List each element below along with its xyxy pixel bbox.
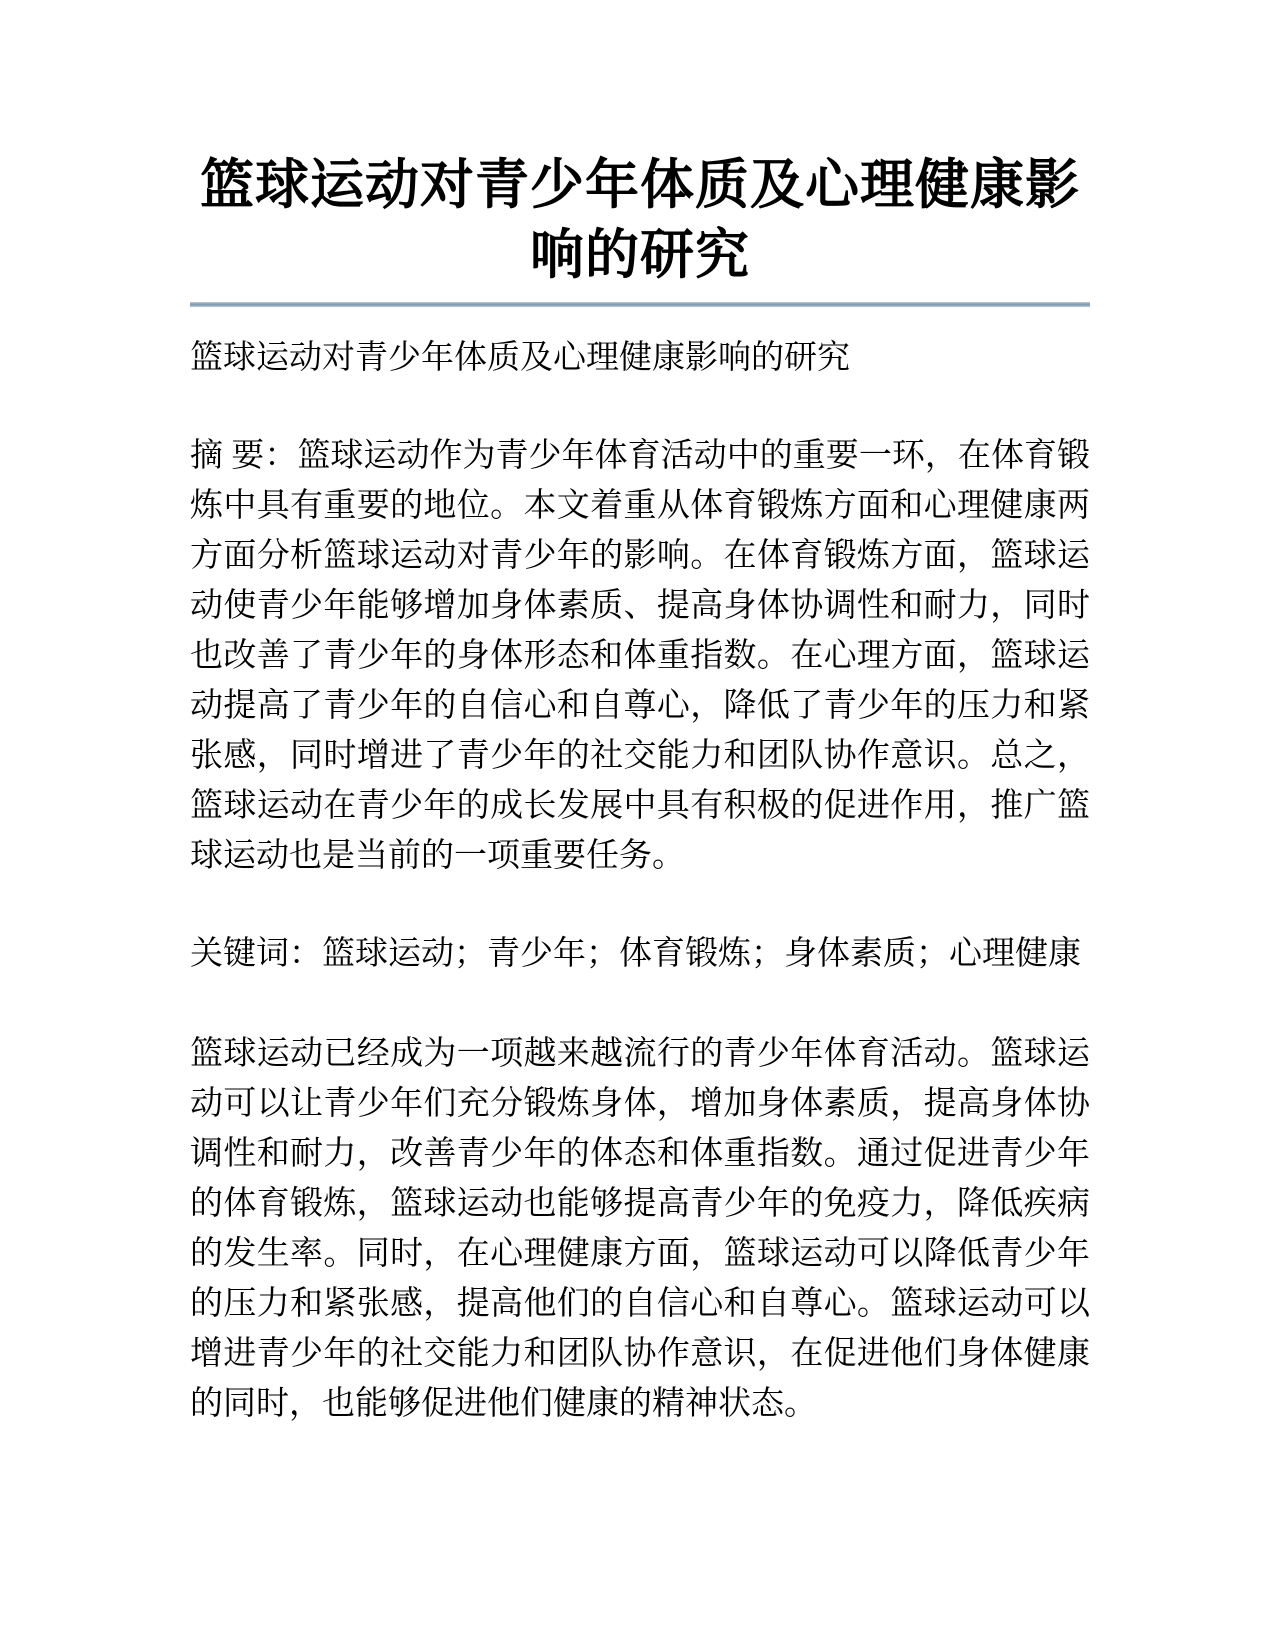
document-content: 篮球运动对青少年体质及心理健康影响的研究 篮球运动对青少年体质及心理健康影响的研… — [190, 0, 1090, 1429]
abstract-paragraph: 摘 要：篮球运动作为青少年体育活动中的重要一环，在体育锻炼中具有重要的地位。本文… — [190, 431, 1090, 881]
body-paragraph: 篮球运动已经成为一项越来越流行的青少年体育活动。篮球运动可以让青少年们充分锻炼身… — [190, 1029, 1090, 1429]
title-divider-rule — [190, 302, 1090, 307]
document-page: 篮球运动对青少年体质及心理健康影响的研究 篮球运动对青少年体质及心理健康影响的研… — [0, 0, 1275, 1650]
document-subtitle: 篮球运动对青少年体质及心理健康影响的研究 — [190, 333, 1090, 383]
keywords-line: 关键词：篮球运动；青少年；体育锻炼；身体素质；心理健康 — [190, 929, 1090, 979]
page-title: 篮球运动对青少年体质及心理健康影响的研究 — [190, 150, 1090, 290]
